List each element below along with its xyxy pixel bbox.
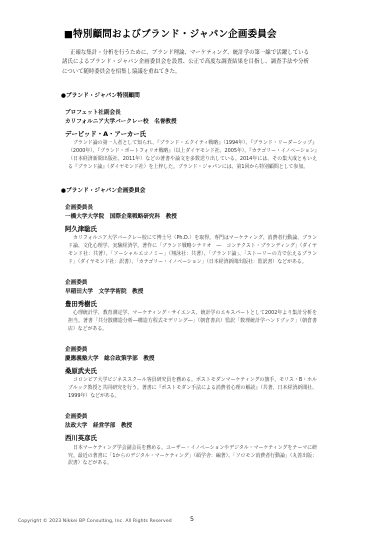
section-heading: ●ブランド・ジャパン企画委員会 — [61, 185, 323, 194]
member-bio: コロンビア大学ビジネススクール客員研究員を務める。ポストモダンマーケティングの旗… — [68, 377, 317, 401]
member-block: プロフェット社副会長 カリフォルニア大学バークレー校 名誉教授 デービッド・A・… — [65, 109, 323, 172]
member-affiliation: カリフォルニア大学バークレー校 名誉教授 — [65, 118, 323, 127]
document-page: ■特別顧問およびブランド・ジャパン企画委員会 正確な集計・分析を行うために、ブラ… — [0, 0, 323, 468]
section-special-advisor: ●ブランド・ジャパン特別顧問 プロフェット社副会長 カリフォルニア大学バークレー… — [61, 90, 323, 172]
member-block: 企画委員 早稲田大学 文学学術院 教授 豊田秀樹氏 心理統計学、教育測定学、マー… — [65, 279, 323, 334]
member-name: 桑原武夫氏 — [65, 366, 323, 375]
section-heading: ●ブランド・ジャパン特別顧問 — [61, 90, 323, 99]
member-name: デービッド・A・アーカー氏 — [65, 129, 323, 138]
member-affiliation: 一橋大学大学院 国際企業戦略研究科 教授 — [65, 213, 323, 222]
member-role: 企画委員 — [65, 413, 323, 422]
member-role: プロフェット社副会長 — [65, 109, 323, 118]
member-role: 企画委員長 — [65, 204, 323, 213]
member-affiliation: 法政大学 経営学部 教授 — [65, 422, 323, 431]
member-bio: 心理統計学、教育測定学、マーケティング・サイエンス、統計学のエキスパートとして2… — [68, 310, 317, 334]
member-bio: ブランド論の第一人者として知られ、『ブランド・エクイティ戦略』（1994年）、『… — [68, 140, 317, 172]
section-planning-committee: ●ブランド・ジャパン企画委員会 企画委員長 一橋大学大学院 国際企業戦略研究科 … — [61, 185, 323, 468]
member-affiliation: 早稲田大学 文学学術院 教授 — [65, 288, 323, 297]
member-role: 企画委員 — [65, 346, 323, 355]
page-title: ■特別顧問およびブランド・ジャパン企画委員会 — [64, 26, 323, 40]
member-affiliation: 慶應義塾大学 総合政策学部 教授 — [65, 355, 323, 364]
member-name: 豊田秀樹氏 — [65, 299, 323, 308]
member-name: 阿久津聡氏 — [65, 224, 323, 233]
member-bio: カリフォルニア大学バークレー校にて博士号（Ph.D.）を取得。専門はマーケティン… — [68, 235, 317, 267]
member-bio: 日本マーケティング学会副会長を務める。ユーザー・イノベーションやデジタル・マーケ… — [68, 445, 317, 469]
member-block: 企画委員 慶應義塾大学 総合政策学部 教授 桑原武夫氏 コロンビア大学ビジネスス… — [65, 346, 323, 401]
page-number: 5 — [0, 516, 384, 523]
member-name: 西川英彦氏 — [65, 433, 323, 442]
member-role: 企画委員 — [65, 279, 323, 288]
member-block: 企画委員 法政大学 経営学部 教授 西川英彦氏 日本マーケティング学会副会長を務… — [65, 413, 323, 468]
intro-paragraph: 正確な集計・分析を行うために、ブランド理論、マーケティング、統計学の第一線で活躍… — [62, 49, 309, 77]
member-block: 企画委員長 一橋大学大学院 国際企業戦略研究科 教授 阿久津聡氏 カリフォルニア… — [65, 204, 323, 267]
